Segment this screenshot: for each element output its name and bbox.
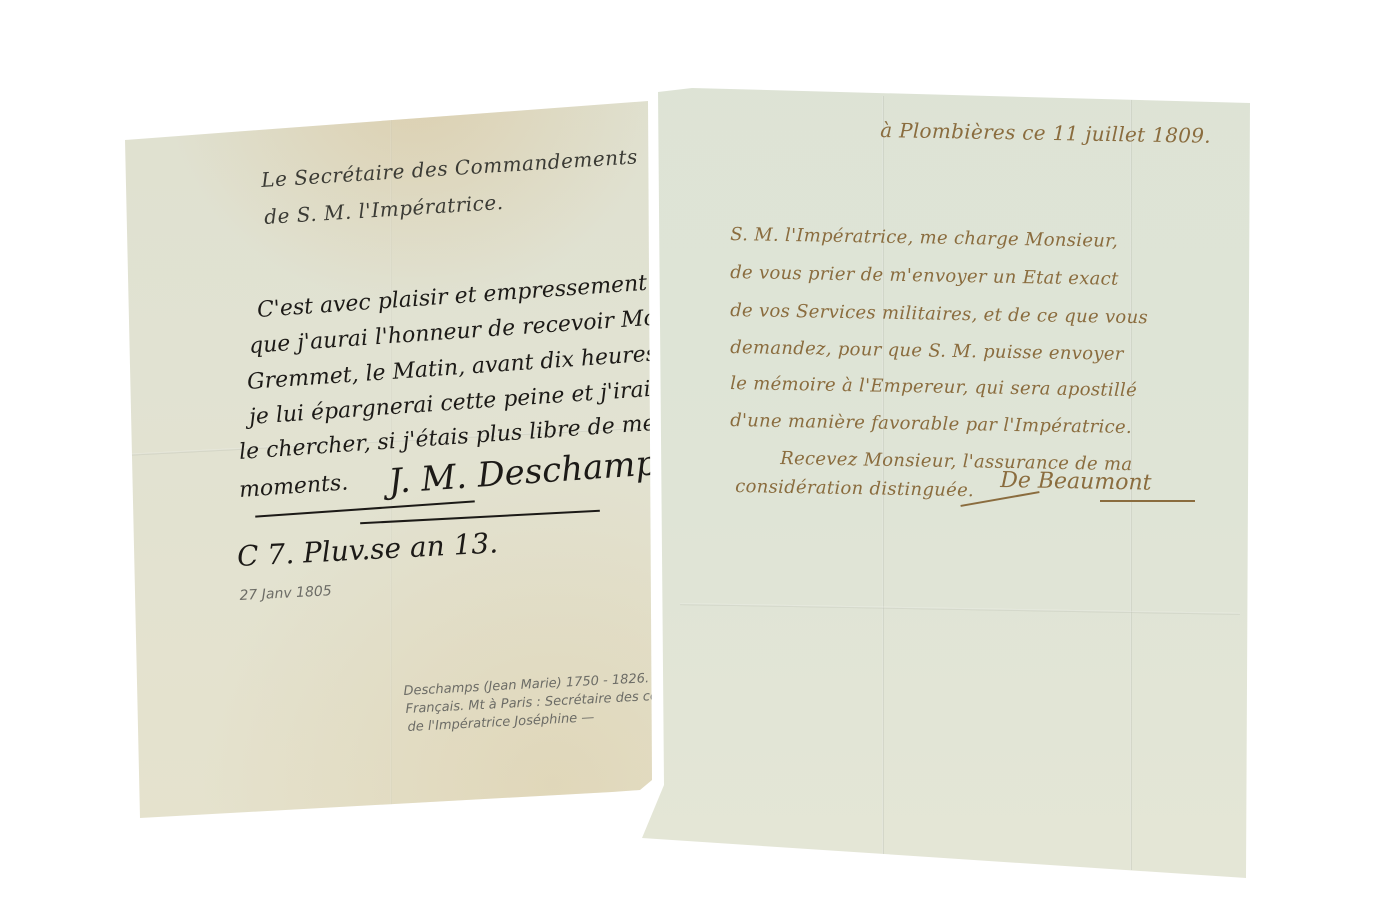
signature-flourish [1100, 500, 1195, 502]
letter-body-line: de vous prier de m'envoyer un Etat exact [730, 262, 1119, 290]
letter-body-line: S. M. l'Impératrice, me charge Monsieur, [730, 224, 1118, 252]
printed-heading-line2: de S. M. l'Impératrice. [263, 190, 504, 229]
letter-body-line: d'une manière favorable par l'Impératric… [730, 410, 1132, 438]
closing-line: considération distinguée. [735, 476, 974, 501]
signature-flourish [255, 500, 475, 517]
letter-body-line: demandez, pour que S. M. puisse envoyer [730, 337, 1124, 365]
signature-beaumont: De Beaumont [1000, 468, 1152, 496]
letter-body-line: le mémoire à l'Empereur, qui sera aposti… [730, 373, 1137, 401]
fold-line [882, 96, 884, 856]
pencil-date: 27 Janv 1805 [239, 583, 332, 604]
letter-date: C 7. Pluv.se an 13. [236, 526, 499, 573]
printed-heading-line1: Le Secrétaire des Commandements [260, 144, 638, 192]
letter-body-line: moments. [238, 470, 349, 503]
fold-line [680, 603, 1240, 615]
letter-body-line: de vos Services militaires, et de ce que… [730, 300, 1148, 328]
dateline: à Plombières ce 11 juillet 1809. [880, 118, 1211, 148]
signature-flourish [360, 510, 600, 525]
